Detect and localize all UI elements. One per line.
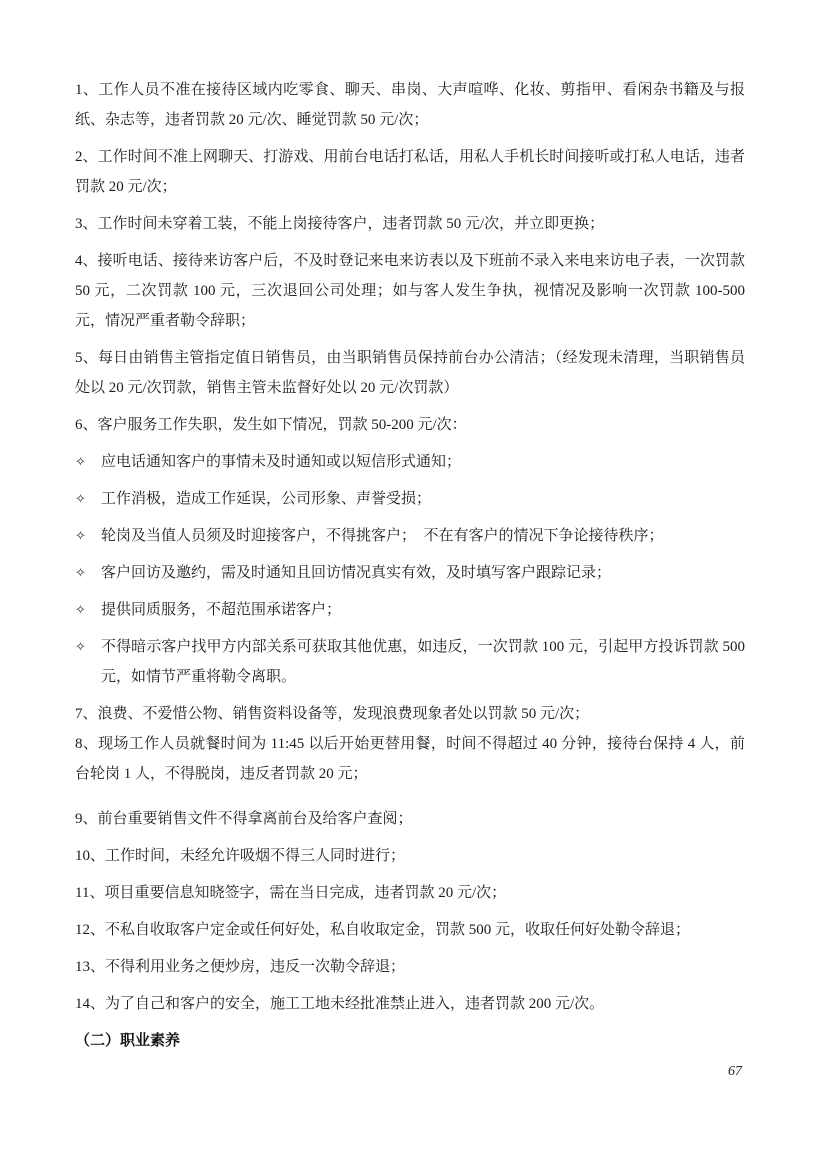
diamond-bullet-icon: ✧ [75, 521, 101, 551]
sub-rule-text: 不得暗示客户找甲方内部关系可获取其他优惠，如违反，一次罚款 100 元，引起甲方… [101, 632, 745, 692]
rule-item: 4、接听电话、接待来访客户后，不及时登记来电来访表以及下班前不录入来电来访电子表… [75, 246, 745, 336]
section-heading: （二）职业素养 [75, 1026, 745, 1056]
sub-rule-text: 提供同质服务，不超范围承诺客户； [101, 595, 745, 625]
rule-item: 2、工作时间不准上网聊天、打游戏、用前台电话打私话，用私人手机长时间接听或打私人… [75, 142, 745, 202]
rule-item: 11、项目重要信息知晓签字，需在当日完成，违者罚款 20 元/次； [75, 878, 745, 908]
rule-item: 10、工作时间，未经允许吸烟不得三人同时进行； [75, 841, 745, 871]
rule-item: 1、工作人员不准在接待区域内吃零食、聊天、串岗、大声喧哗、化妆、剪指甲、看闲杂书… [75, 75, 745, 135]
diamond-bullet-icon: ✧ [75, 558, 101, 588]
rule-item: 12、不私自收取客户定金或任何好处，私自收取定金，罚款 500 元，收取任何好处… [75, 915, 745, 945]
sub-rule-text: 客户回访及邀约，需及时通知且回访情况真实有效，及时填写客户跟踪记录； [101, 558, 745, 588]
rule-item: 6、客户服务工作失职，发生如下情况，罚款 50-200 元/次： [75, 410, 745, 440]
document-page: 1、工作人员不准在接待区域内吃零食、聊天、串岗、大声喧哗、化妆、剪指甲、看闲杂书… [0, 0, 820, 1159]
sub-rule-item: ✧工作消极，造成工作延误，公司形象、声誉受损； [75, 484, 745, 514]
sub-rule-item: ✧轮岗及当值人员须及时迎接客户，不得挑客户； 不在有客户的情况下争论接待秩序； [75, 521, 745, 551]
rule-item: 9、前台重要销售文件不得拿离前台及给客户查阅； [75, 804, 745, 834]
sub-rule-item: ✧提供同质服务，不超范围承诺客户； [75, 595, 745, 625]
sub-rule-item: ✧不得暗示客户找甲方内部关系可获取其他优惠，如违反，一次罚款 100 元，引起甲… [75, 632, 745, 692]
rule-item: 3、工作时间未穿着工装，不能上岗接待客户，违者罚款 50 元/次，并立即更换； [75, 209, 745, 239]
rule-item: 13、不得利用业务之便炒房，违反一次勒令辞退； [75, 952, 745, 982]
diamond-bullet-icon: ✧ [75, 484, 101, 514]
rule-item: 5、每日由销售主管指定值日销售员，由当职销售员保持前台办公清洁；（经发现未清理，… [75, 343, 745, 403]
rule-item: 8、现场工作人员就餐时间为 11:45 以后开始更替用餐，时间不得超过 40 分… [75, 729, 745, 789]
document-body: 1、工作人员不准在接待区域内吃零食、聊天、串岗、大声喧哗、化妆、剪指甲、看闲杂书… [75, 75, 745, 1056]
sub-rule-text: 应电话通知客户的事情未及时通知或以短信形式通知； [101, 447, 745, 477]
page-number: 67 [728, 1064, 742, 1080]
diamond-bullet-icon: ✧ [75, 632, 101, 692]
sub-rule-text: 轮岗及当值人员须及时迎接客户，不得挑客户； 不在有客户的情况下争论接待秩序； [101, 521, 745, 551]
diamond-bullet-icon: ✧ [75, 447, 101, 477]
rule-item: 14、为了自己和客户的安全，施工工地未经批准禁止进入，违者罚款 200 元/次。 [75, 989, 745, 1019]
diamond-bullet-icon: ✧ [75, 595, 101, 625]
sub-rule-item: ✧客户回访及邀约，需及时通知且回访情况真实有效，及时填写客户跟踪记录； [75, 558, 745, 588]
rule-item: 7、浪费、不爱惜公物、销售资料设备等，发现浪费现象者处以罚款 50 元/次； [75, 699, 745, 729]
sub-rule-text: 工作消极，造成工作延误，公司形象、声誉受损； [101, 484, 745, 514]
sub-rule-item: ✧应电话通知客户的事情未及时通知或以短信形式通知； [75, 447, 745, 477]
